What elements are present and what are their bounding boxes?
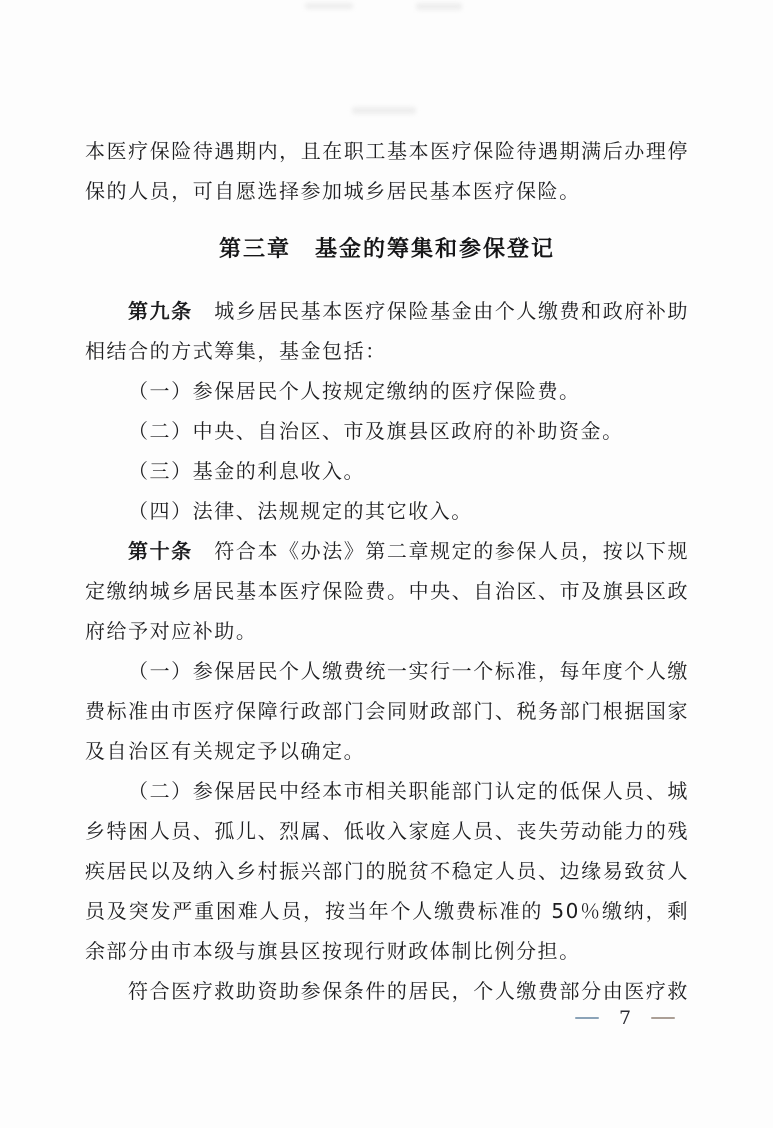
text-line: （四）法律、法规规定的其它收入。 xyxy=(85,491,689,531)
document-body: 本医疗保险待遇期内，且在职工基本医疗保险待遇期满后办理停保的人员，可自愿选择参加… xyxy=(85,131,689,1011)
document-page: 本医疗保险待遇期内，且在职工基本医疗保险待遇期满后办理停保的人员，可自愿选择参加… xyxy=(0,0,773,1128)
scan-artifact xyxy=(305,3,353,9)
scan-artifact xyxy=(352,107,416,114)
text-line: 疾居民以及纳入乡村振兴部门的脱贫不稳定人员、边缘易致贫人 xyxy=(85,851,689,891)
text-line: （三）基金的利息收入。 xyxy=(85,451,689,491)
text-line: （一）参保居民个人缴费统一实行一个标准，每年度个人缴 xyxy=(85,651,689,691)
text-line: 本医疗保险待遇期内，且在职工基本医疗保险待遇期满后办理停 xyxy=(85,131,689,171)
text-line: 府给予对应补助。 xyxy=(85,611,689,651)
text-line: 保的人员，可自愿选择参加城乡居民基本医疗保险。 xyxy=(85,171,689,211)
article-number: 第十条 xyxy=(128,539,193,563)
page-footer: 7 xyxy=(575,1005,675,1031)
text-line: 费标准由市医疗保障行政部门会同财政部门、税务部门根据国家 xyxy=(85,691,689,731)
article-number: 第九条 xyxy=(128,299,193,323)
text-line: 相结合的方式筹集，基金包括： xyxy=(85,331,689,371)
text-line: 员及突发严重困难人员，按当年个人缴费标准的 50％缴纳，剩 xyxy=(85,891,689,931)
text-line: 乡特困人员、孤儿、烈属、低收入家庭人员、丧失劳动能力的残 xyxy=(85,811,689,851)
text-line: 第十条 符合本《办法》第二章规定的参保人员，按以下规 xyxy=(85,531,689,571)
scan-artifact xyxy=(416,3,462,10)
footer-dash-left xyxy=(575,1017,599,1019)
text-line: 及自治区有关规定予以确定。 xyxy=(85,731,689,771)
footer-dash-right xyxy=(651,1017,675,1019)
chapter-heading: 第三章 基金的筹集和参保登记 xyxy=(85,230,689,270)
page-number: 7 xyxy=(619,1005,631,1031)
text-line: 第九条 城乡居民基本医疗保险基金由个人缴费和政府补助 xyxy=(85,291,689,331)
text-line: （一）参保居民个人按规定缴纳的医疗保险费。 xyxy=(85,371,689,411)
text-line: 余部分由市本级与旗县区按现行财政体制比例分担。 xyxy=(85,931,689,971)
text-line: 定缴纳城乡居民基本医疗保险费。中央、自治区、市及旗县区政 xyxy=(85,571,689,611)
text-line: （二）中央、自治区、市及旗县区政府的补助资金。 xyxy=(85,411,689,451)
text-line: （二）参保居民中经本市相关职能部门认定的低保人员、城 xyxy=(85,771,689,811)
